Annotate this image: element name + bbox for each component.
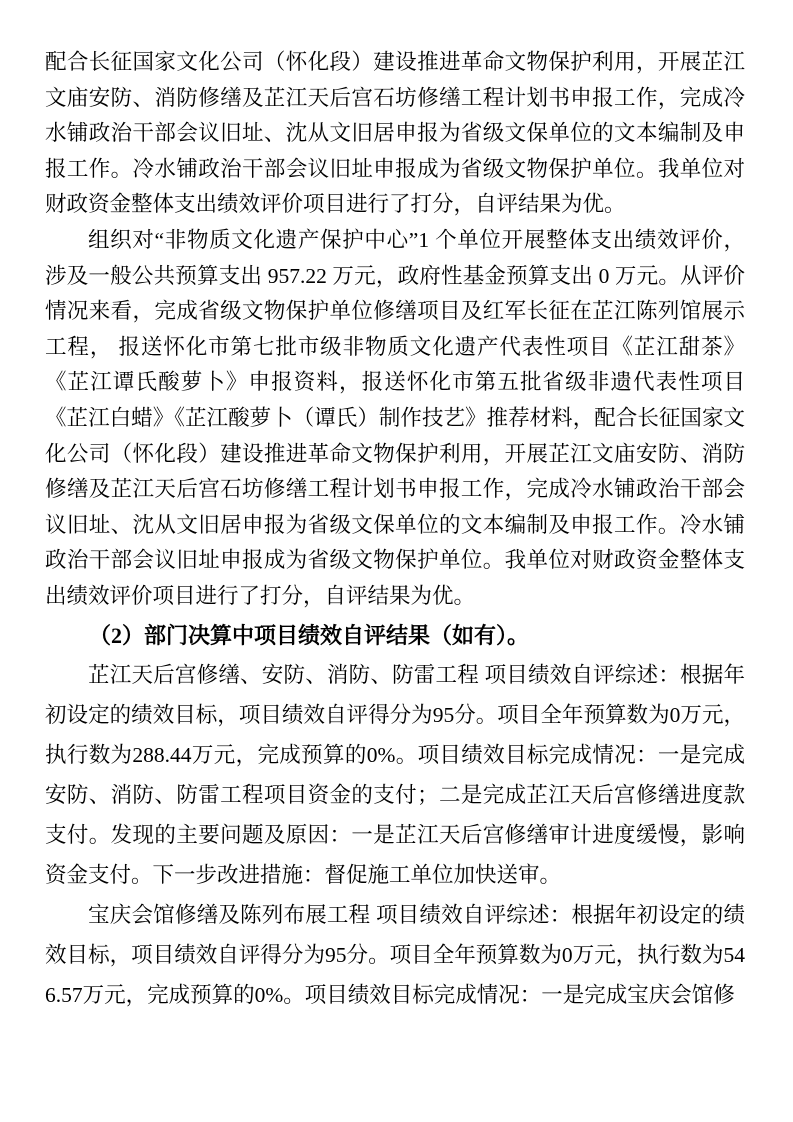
paragraph-body-continuation: 配合长征国家文化公司（怀化段）建设推进革命文物保护利用，开展芷江文庙安防、消防修… [45,45,745,223]
paragraph-tianhou-palace-project: 芷江天后宫修缮、安防、消防、防雷工程 项目绩效自评综述：根据年初设定的绩效目标，… [45,655,745,895]
paragraph-overall-expenditure-evaluation: 组织对“非物质文化遗产保护中心”1 个单位开展整体支出绩效评价，涉及一般公共预算… [45,223,745,615]
document-page: 配合长征国家文化公司（怀化段）建设推进革命文物保护利用，开展芷江文庙安防、消防修… [0,0,793,1122]
paragraph-baoqing-guildhall-project: 宝庆会馆修缮及陈列布展工程 项目绩效自评综述：根据年初设定的绩效目标，项目绩效自… [45,895,745,1015]
section-heading-project-self-evaluation: （2）部门决算中项目绩效自评结果（如有）。 [45,617,745,655]
